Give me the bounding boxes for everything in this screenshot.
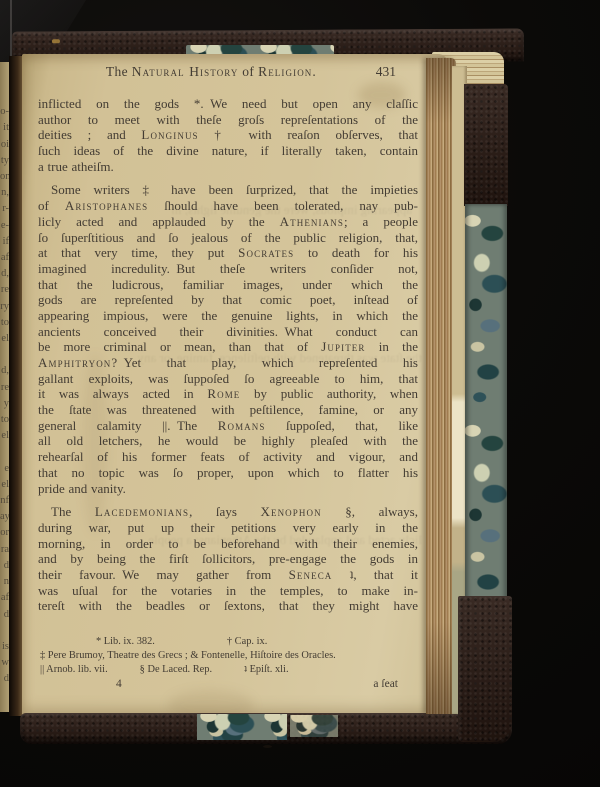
photograph-of-book-page: o-itoityonn,r-e-ifafd,rerytoel d,reytoel…: [0, 0, 600, 787]
text-line: all old letchers, he would be highly ple…: [38, 433, 418, 449]
text-line: Some writers ‡ have been ſurprized, that…: [38, 182, 418, 198]
text-fragment: re: [0, 380, 9, 396]
catchword: a ſeat: [373, 678, 398, 690]
text-fragment: w: [0, 655, 9, 671]
book-page: appearing impious, were the genuine ligh…: [22, 54, 448, 716]
gilt-fleck: [52, 39, 60, 43]
text-fragment: [0, 623, 9, 639]
text-line: that the ludicrous, familiar images, und…: [38, 277, 418, 293]
text-fragment: d,: [0, 363, 9, 379]
text-fragment: or: [0, 525, 9, 541]
text-fragment: is: [0, 639, 9, 655]
page-number: 431: [376, 64, 396, 80]
paragraph: The Lacedemonians, ſays Xenophon §, alwa…: [38, 504, 418, 614]
text-fragment: d: [0, 671, 9, 687]
footnote-row: * Lib. ix. 382.† Cap. ix.: [38, 635, 418, 649]
small-caps-name: Longinus: [141, 127, 198, 142]
text-fragment: d,: [0, 266, 9, 282]
running-header: The Natural History of Religion. 431: [38, 64, 418, 82]
text-fragment: if: [0, 234, 9, 250]
book-cover-right-edge: [464, 84, 508, 206]
footnote-row: || Arnob. lib. vii.§ De Laced. Rep.ʇ Epi…: [38, 663, 418, 677]
small-caps-name: Amphitryon: [38, 355, 111, 370]
small-caps-name: Aristophanes: [65, 198, 148, 213]
text-line: a true atheiſm.: [38, 159, 418, 175]
text-fragment: to: [0, 412, 9, 428]
text-line: rehearſal of his former feats of activit…: [38, 449, 418, 465]
footnotes: * Lib. ix. 382.† Cap. ix.‡ Pere Brumoy, …: [38, 635, 418, 677]
text-fragment: af: [0, 250, 9, 266]
text-fragment: af: [0, 590, 9, 606]
text-line: their favour. We may gather from Seneca …: [38, 567, 418, 583]
text-fragment: on: [0, 169, 9, 185]
text-fragment: [0, 88, 9, 104]
text-line: Amphitryon? Yet that play, which repreſe…: [38, 355, 418, 371]
text-fragment: [0, 444, 9, 460]
text-line: be more criminal or mean, than that of J…: [38, 339, 418, 355]
text-fragment: ay: [0, 509, 9, 525]
small-caps-name: Jupiter: [321, 339, 365, 354]
text-line: author to meet with theſe groſs repreſen…: [38, 112, 418, 128]
body-text: inflicted on the gods *. We need but ope…: [38, 96, 418, 614]
text-fragment: ry: [0, 299, 9, 315]
text-line: general calamity ||. The Romans ſuppoſed…: [38, 418, 418, 434]
footnote-row: ‡ Pere Brumoy, Theatre des Grecs ; & Fon…: [38, 649, 418, 663]
text-line: that no topic was ſo proper, upon which …: [38, 465, 418, 481]
small-caps-name: Romans: [218, 418, 266, 433]
text-fragment: ra: [0, 542, 9, 558]
text-fragment: re: [0, 282, 9, 298]
small-caps-name: Xenophon: [260, 504, 321, 519]
text-fragment: to: [0, 315, 9, 331]
text-line: inflicted on the gods *. We need but ope…: [38, 96, 418, 112]
text-line: during war, put up their petitions very …: [38, 520, 418, 536]
text-fragment: el: [0, 428, 9, 444]
text-fragment: el: [0, 331, 9, 347]
page-content: The Natural History of Religion. 431 inf…: [38, 64, 418, 690]
small-caps-name: Religion: [258, 64, 312, 79]
marbled-endpaper-bottom-patch: [290, 715, 338, 737]
footnote: † Cap. ix.: [227, 635, 267, 649]
text-fragment: r-: [0, 201, 9, 217]
text-fragment: el: [0, 477, 9, 493]
text-line: The Lacedemonians, ſays Xenophon §, alwa…: [38, 504, 418, 520]
footnote: ʇ Epiſt. xli.: [244, 663, 288, 677]
text-line: ſuch ideas of the divine nature, if lite…: [38, 143, 418, 159]
dust-speck: [263, 745, 272, 748]
text-line: the ſtate was threatened with peſtilence…: [38, 402, 418, 418]
text-fragment: y: [0, 396, 9, 412]
text-fragment: n: [0, 574, 9, 590]
text-line: ancients conceived their divinities. Wha…: [38, 324, 418, 340]
text-fragment: [0, 347, 9, 363]
small-caps-name: Seneca: [289, 567, 333, 582]
text-fragment: e-: [0, 218, 9, 234]
footnote: § De Laced. Rep.: [140, 663, 212, 677]
text-fragment: d: [0, 607, 9, 623]
text-line: gallant exploits, was ſuppoſed ſo agreea…: [38, 371, 418, 387]
text-fragment: n,: [0, 185, 9, 201]
signature-mark: 4: [116, 678, 122, 690]
small-caps-name: Athenians: [280, 214, 344, 229]
footnote: ‡ Pere Brumoy, Theatre des Grecs ; & Fon…: [40, 649, 336, 663]
text-line: and by being the firſt ſollicitors, pre-…: [38, 551, 418, 567]
text-line: licly acted and applauded by the Athenia…: [38, 214, 418, 230]
marbled-endpaper-bottom-patch: [197, 714, 287, 740]
text-line: morning, in order to be beforehand with …: [38, 536, 418, 552]
text-line: appearing impious, were the genuine ligh…: [38, 308, 418, 324]
signature-catchword-row: 4 a ſeat: [38, 677, 418, 690]
small-caps-name: Natural History: [132, 64, 239, 79]
text-fragment: it: [0, 120, 9, 136]
page-title: The Natural History of Religion.: [38, 64, 418, 80]
text-fragment: nf: [0, 493, 9, 509]
text-fragment: ty: [0, 153, 9, 169]
text-line: of Aristophanes ſhould have been tolerat…: [38, 198, 418, 214]
text-fragment: e: [0, 461, 9, 477]
small-caps-name: Rome: [207, 386, 240, 401]
text-line: pride and vanity.: [38, 481, 418, 497]
text-fragment: oi: [0, 137, 9, 153]
footnote: * Lib. ix. 382.: [96, 635, 155, 649]
text-line: ſo ſuperſtitious and ſo jealous of the p…: [38, 230, 418, 246]
paragraph: inflicted on the gods *. We need but ope…: [38, 96, 418, 174]
text-line: it was always acted in Rome by public au…: [38, 386, 418, 402]
footnote: || Arnob. lib. vii.: [40, 663, 108, 677]
paragraph: Some writers ‡ have been ſurprized, that…: [38, 182, 418, 496]
small-caps-name: Lacedemonians: [95, 504, 189, 519]
book-cover-corner: [458, 596, 512, 742]
text-line: was uſual for the votaries in the temple…: [38, 583, 418, 599]
text-line: deities ; and Longinus † with reaſon obſ…: [38, 127, 418, 143]
text-line: tereſt with the beadles or ſextons, that…: [38, 598, 418, 614]
text-line: gods are repreſented by that comic poet,…: [38, 292, 418, 308]
text-line: imagined incredulity. But theſe writers …: [38, 261, 418, 277]
text-fragment: d: [0, 558, 9, 574]
marbled-endpaper-right: [465, 204, 507, 604]
text-fragment: o-: [0, 104, 9, 120]
small-caps-name: Socrates: [238, 245, 294, 260]
text-line: at that very time, they put Socrates to …: [38, 245, 418, 261]
text-fragment: [0, 688, 9, 704]
